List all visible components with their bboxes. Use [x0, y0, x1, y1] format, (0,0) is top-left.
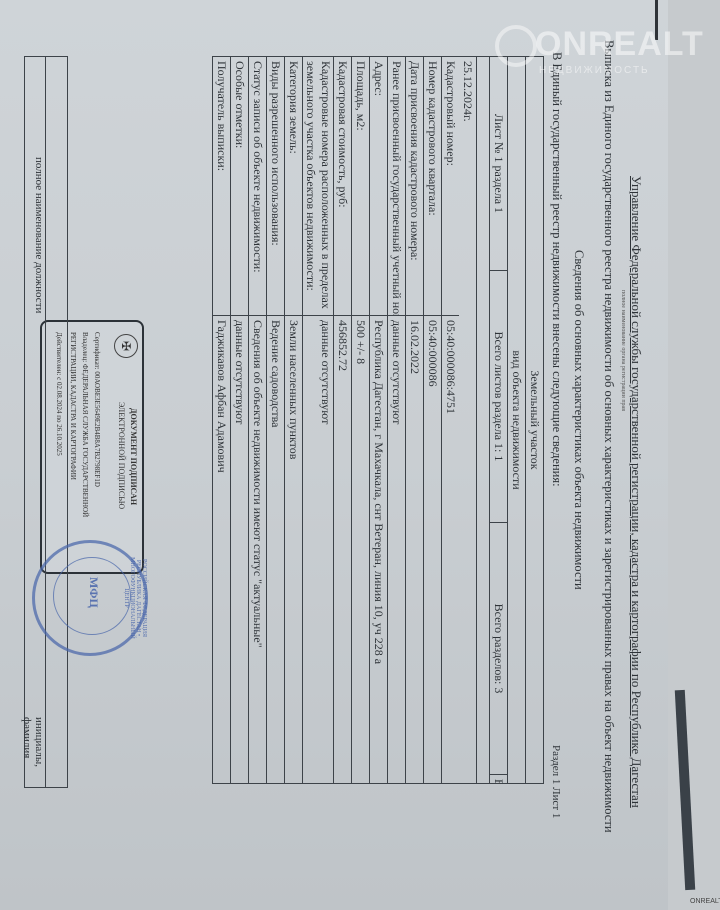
- intro-text: В Единый государственный реестр недвижим…: [549, 52, 564, 487]
- row-label: Получатель выписки:: [213, 57, 230, 316]
- row-value: Сведения об объекте недвижимости имеют с…: [249, 316, 266, 783]
- table-row: Кадастровые номера расположенных в преде…: [303, 57, 334, 783]
- row-label: Площадь, м2:: [352, 57, 369, 316]
- sections-total: Всего разделов: 3: [490, 523, 507, 775]
- table-row: Кадастровый номер:05:40:000086:4751: [442, 57, 459, 783]
- table-row: Кадастровая стоимость, руб:456852.72: [334, 57, 352, 783]
- watermark-brand: ONREALT: [535, 25, 704, 64]
- table-row: Категория земель:Земли населенных пункто…: [285, 57, 303, 783]
- section-reference: Раздел 1 Лист 1: [550, 745, 562, 818]
- signature-block: полное наименование должности инициалы, …: [24, 56, 68, 788]
- signature-line: [45, 57, 67, 787]
- row-value: Ведение садоводства: [267, 316, 284, 783]
- sheets-in-section: Всего листов раздела 1: 1: [490, 271, 507, 523]
- esig-owner-2: РЕГИСТРАЦИИ, КАДАСТРА И КАРТОГРАФИИ: [68, 332, 78, 480]
- table-row: Дата присвоения кадастрового номера:16.0…: [406, 57, 424, 783]
- row-value: 05:40:000086: [424, 316, 441, 783]
- extract-date: 25.12.2024г.: [459, 57, 476, 783]
- object-type-caption: вид объекта недвижимости: [508, 57, 525, 783]
- characteristics-table: Земельный участок вид объекта недвижимос…: [212, 56, 544, 784]
- official-stamp: РОССИЙСКАЯ ФЕДЕРАЦИЯ РЕСПУБЛИКА ДАГЕСТАН…: [32, 540, 148, 656]
- document-subtitle: Сведения об основных характеристиках объ…: [571, 250, 586, 590]
- table-row: Ранее присвоенный государственный учетны…: [388, 57, 406, 783]
- row-label: Кадастровые номера расположенных в преде…: [303, 57, 333, 316]
- row-value: 500 +/- 8: [352, 316, 369, 783]
- rotated-document-page: Управление Федеральной службы государств…: [28, 0, 668, 880]
- row-label: Статус записи об объекте недвижимости:: [249, 57, 266, 316]
- row-value: данные отсутствуют: [303, 316, 333, 783]
- watermark: ONREALT НЕДВИЖИМОСТЬ: [495, 25, 615, 75]
- row-label: Адрес:: [370, 57, 387, 316]
- object-type-caption-row: вид объекта недвижимости: [508, 57, 526, 783]
- row-label: Ранее присвоенный государственный учетны…: [388, 57, 405, 316]
- row-value: данные отсутствуют: [388, 316, 405, 783]
- row-label: Дата присвоения кадастрового номера:: [406, 57, 423, 316]
- row-value: 16.02.2022: [406, 316, 423, 783]
- row-value: Гаджикавов Афбан Адамович: [213, 316, 230, 783]
- row-label: Особые отметки:: [231, 57, 248, 316]
- watermark-tagline: НЕДВИЖИМОСТЬ: [539, 65, 650, 76]
- esig-certificate: Сертификат: 00АОВЕ3Е5649Е2В4В8А7В2798ЕF1…: [92, 332, 102, 487]
- esig-owner: Владелец: ФЕДЕРАЛЬНАЯ СЛУЖБА ГОСУДАРСТВЕ…: [80, 332, 90, 517]
- row-value: 05:40:000086:4751: [442, 316, 459, 783]
- row-label: Кадастровая стоимость, руб:: [334, 57, 351, 316]
- table-row: Статус записи об объекте недвижимости:Св…: [249, 57, 267, 783]
- row-label: Категория земель:: [285, 57, 302, 316]
- row-value: данные отсутствуют: [231, 316, 248, 783]
- row-value: Земли населенных пунктов: [285, 316, 302, 783]
- house-logo-icon: [495, 25, 537, 67]
- table-row: Номер кадастрового квартала:05:40:000086: [424, 57, 442, 783]
- sheet-number: Лист № 1 раздела 1: [490, 57, 507, 271]
- object-type: Земельный участок: [526, 57, 543, 783]
- spacer: [477, 57, 490, 783]
- table-row: Площадь, м2:500 +/- 8: [352, 57, 370, 783]
- paper-edge: [668, 0, 720, 910]
- stamp-center-text: МФЦ: [86, 577, 101, 608]
- row-value: 456852.72: [334, 316, 351, 783]
- table-row: Виды разрешенного использования:Ведение …: [267, 57, 285, 783]
- row-label: Номер кадастрового квартала:: [424, 57, 441, 316]
- position-caption: полное наименование должности: [33, 157, 45, 313]
- emblem-icon: ✠: [114, 334, 138, 358]
- sheets-total: Всего листов выписки: 4: [490, 775, 507, 783]
- object-type-row: Земельный участок: [526, 57, 543, 783]
- esig-subtitle: ЭЛЕКТРОННОЙ ПОДПИСЬЮ: [116, 402, 126, 509]
- sheet-info-row: Лист № 1 раздела 1 Всего листов раздела …: [490, 57, 508, 783]
- table-row: Получатель выписки:Гаджикавов Афбан Адам…: [213, 57, 231, 783]
- row-label: Виды разрешенного использования:: [267, 57, 284, 316]
- document-title: Выписка из Единого государственного реес…: [601, 40, 616, 833]
- table-row: Особые отметки:данные отсутствуют: [231, 57, 249, 783]
- name-caption: инициалы, фамилия: [21, 717, 45, 787]
- table-row: Адрес:Республика Дагестан, г Махачкала, …: [370, 57, 388, 783]
- date-row: 25.12.2024г.: [459, 57, 477, 783]
- corner-mark: ONREALT: [690, 898, 720, 905]
- organization-caption: полное наименование органа регистрации п…: [620, 290, 626, 411]
- esig-title: ДОКУМЕНТ ПОДПИСАН: [128, 408, 138, 505]
- row-label: Кадастровый номер:: [442, 57, 459, 316]
- row-value: Республика Дагестан, г Махачкала, снт Ве…: [370, 316, 387, 783]
- organization-name: Управление Федеральной службы государств…: [628, 176, 644, 808]
